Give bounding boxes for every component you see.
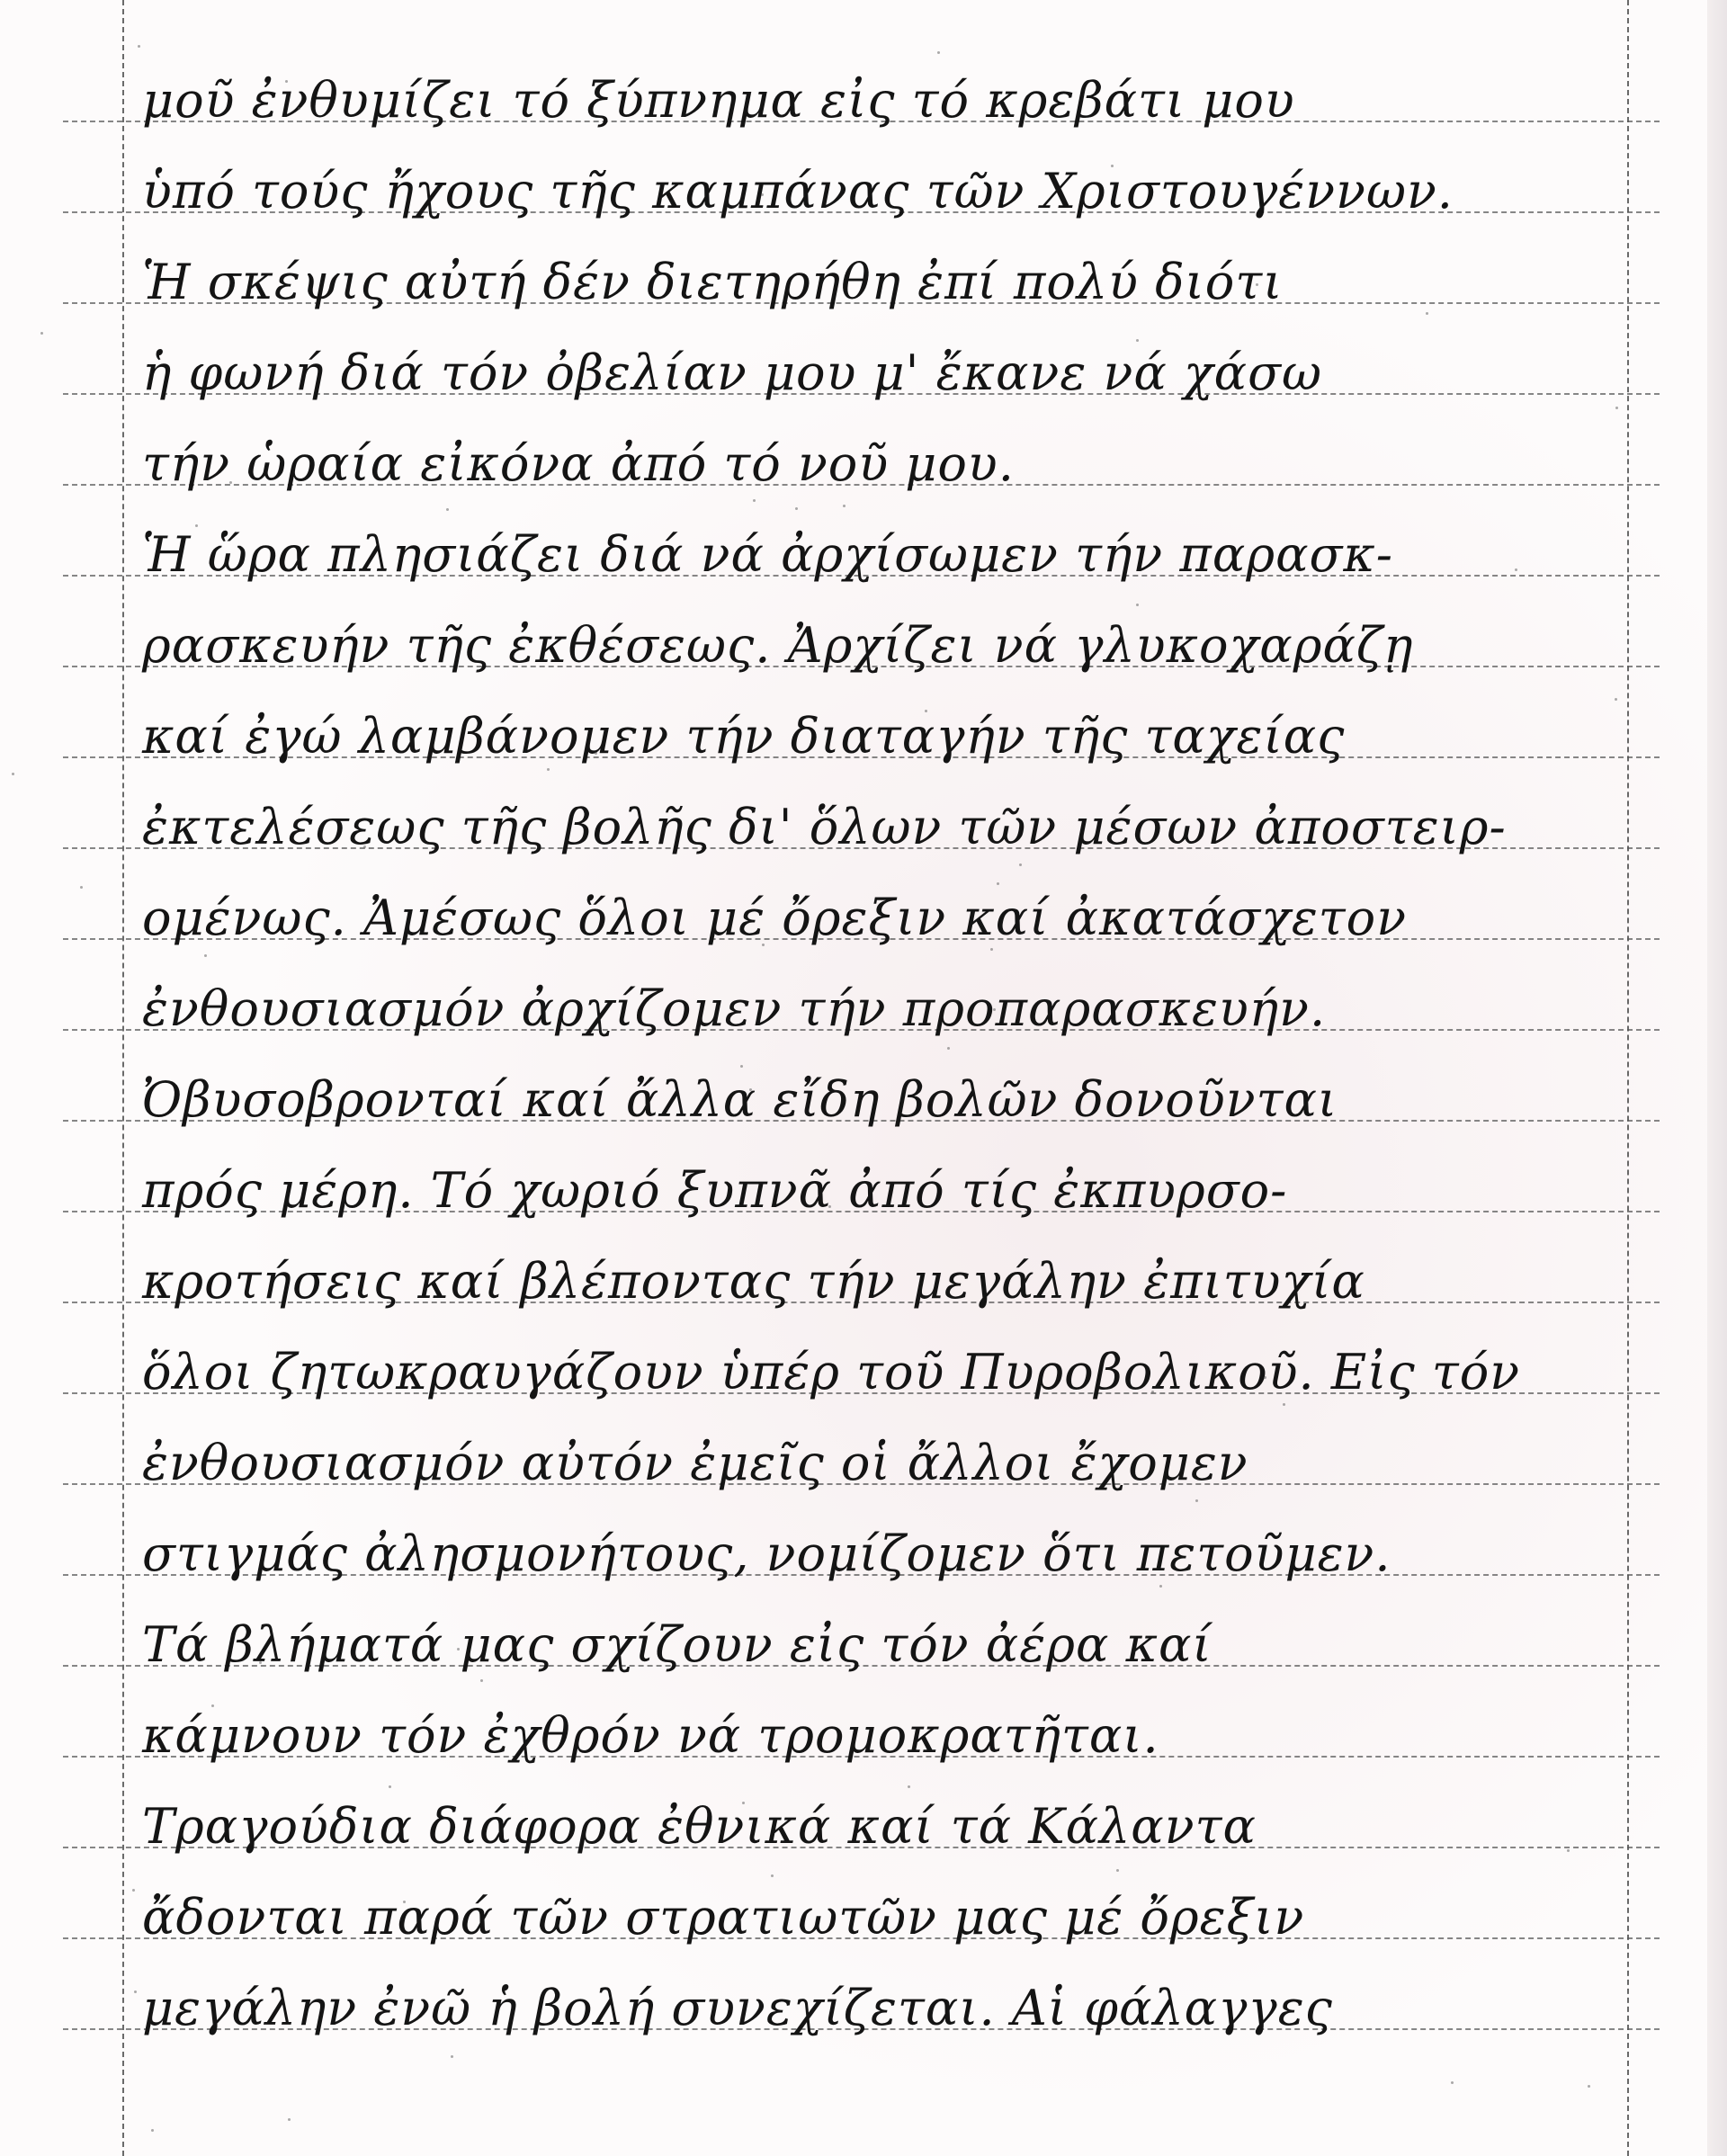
speck: [925, 710, 927, 712]
speck: [742, 1802, 745, 1804]
speck: [1111, 165, 1114, 167]
speck: [997, 882, 999, 885]
speck: [1615, 407, 1618, 409]
speck: [288, 2118, 291, 2121]
speck: [740, 1065, 743, 1068]
text-line: μεγάλην ἐνῶ ἡ βολή συνεχίζεται. Αἱ φάλαγ…: [142, 1982, 1617, 2035]
speck: [993, 1008, 996, 1011]
right-margin-line: [1627, 0, 1629, 2156]
speck: [12, 773, 14, 775]
speck: [403, 1901, 406, 1903]
speck: [595, 752, 597, 755]
speck: [259, 1661, 262, 1664]
speck: [843, 505, 846, 507]
speck: [753, 499, 756, 502]
speck: [547, 768, 550, 771]
speck: [480, 1679, 483, 1682]
text-line: ἐνθουσιασμόν αὐτόν ἐμεῖς οἱ ἄλλοι ἔχομεν: [142, 1436, 1617, 1490]
speck: [451, 2055, 453, 2058]
text-line: ὅλοι ζητωκραυγάζουν ὑπέρ τοῦ Πυροβολικοῦ…: [142, 1346, 1617, 1400]
left-margin-line: [122, 0, 124, 2156]
speck: [795, 507, 798, 510]
text-line: στιγμάς ἀλησμονήτους, νομίζομεν ὅτι πετο…: [142, 1527, 1617, 1581]
speck: [908, 1785, 910, 1788]
speck: [771, 1874, 774, 1877]
speck: [446, 508, 449, 511]
speck: [1256, 283, 1258, 286]
speck: [1283, 1403, 1285, 1406]
text-line: Ἡ σκέψις αὐτή δέν διετηρήθη ἐπί πολύ διό…: [142, 255, 1617, 309]
speck: [138, 45, 140, 48]
speck: [80, 886, 83, 889]
speck: [151, 2129, 154, 2132]
text-line: Τραγούδια διάφορα ἐθνικά καί τά Κάλαντα: [142, 1800, 1617, 1854]
speck: [211, 1704, 214, 1707]
speck: [1195, 1499, 1198, 1502]
speck: [1615, 698, 1617, 701]
speck: [828, 1205, 831, 1208]
text-line: πρός μέρη. Τό χωριό ξυπνᾶ ἀπό τίς ἐκπυρσ…: [142, 1164, 1617, 1218]
speck: [229, 481, 232, 484]
speck: [990, 948, 993, 951]
speck: [1588, 2085, 1590, 2088]
speck: [363, 845, 366, 848]
text-line: μοῦ ἐνθυμίζει τό ξύπνημα εἰς τό κρεβάτι …: [142, 74, 1617, 128]
speck: [1151, 1391, 1154, 1393]
speck: [1264, 1376, 1266, 1379]
speck: [761, 193, 764, 196]
text-line: κροτήσεις καί βλέποντας τήν μεγάλην ἐπιτ…: [142, 1255, 1617, 1309]
speck: [204, 954, 207, 957]
speck: [195, 524, 198, 527]
speck: [1426, 312, 1428, 315]
text-line: κάμνουν τόν ἐχθρόν νά τρομοκρατῆται.: [142, 1709, 1617, 1763]
speck: [1159, 1585, 1162, 1588]
speck: [1136, 339, 1139, 342]
speck: [1019, 863, 1022, 866]
text-line: τήν ὡραία εἰκόνα ἀπό τό νοῦ μου.: [142, 437, 1617, 491]
speck: [1567, 1849, 1570, 1852]
text-line: ἡ φωνή διά τόν ὀβελίαν μου μ' ἔκανε νά χ…: [142, 346, 1617, 400]
speck: [762, 944, 765, 946]
speck: [709, 1183, 711, 1185]
speck: [1116, 1869, 1119, 1872]
speck: [298, 107, 300, 110]
speck: [749, 1088, 752, 1091]
speck: [1451, 2081, 1454, 2084]
speck: [389, 1785, 391, 1788]
speck: [1515, 568, 1517, 571]
text-line: ἐνθουσιασμόν ἀρχίζομεν τήν προπαρασκευήν…: [142, 982, 1617, 1036]
text-line: Ἡ ὥρα πλησιάζει διά νά ἀρχίσωμεν τήν παρ…: [142, 528, 1617, 582]
speck: [1136, 604, 1139, 606]
text-line: ομένως. Ἀμέσως ὅλοι μέ ὄρεξιν καί ἀκατάσ…: [142, 891, 1617, 945]
text-line: καί ἐγώ λαμβάνομεν τήν διαταγήν τῆς ταχε…: [142, 710, 1617, 764]
text-line: ὑπό τούς ἤχους τῆς καμπάνας τῶν Χριστουγ…: [142, 165, 1617, 219]
speck: [937, 51, 940, 54]
text-line: Ὀβυσοβρονταί καί ἄλλα εἴδη βολῶν δονοῦντ…: [142, 1073, 1617, 1127]
text-line: ρασκευήν τῆς ἐκθέσεως. Ἀρχίζει νά γλυκοχ…: [142, 619, 1617, 673]
speck: [947, 1047, 950, 1050]
speck: [285, 80, 288, 83]
text-line: Τά βλήματά μας σχίζουν εἰς τόν ἀέρα καί: [142, 1618, 1617, 1672]
text-line: ἄδονται παρά τῶν στρατιωτῶν μας μέ ὄρεξι…: [142, 1891, 1617, 1945]
page-edge-shadow: [1707, 0, 1727, 2156]
speck: [457, 1648, 460, 1651]
speck: [132, 1889, 135, 1892]
speck: [40, 332, 43, 335]
speck: [134, 1990, 137, 1993]
